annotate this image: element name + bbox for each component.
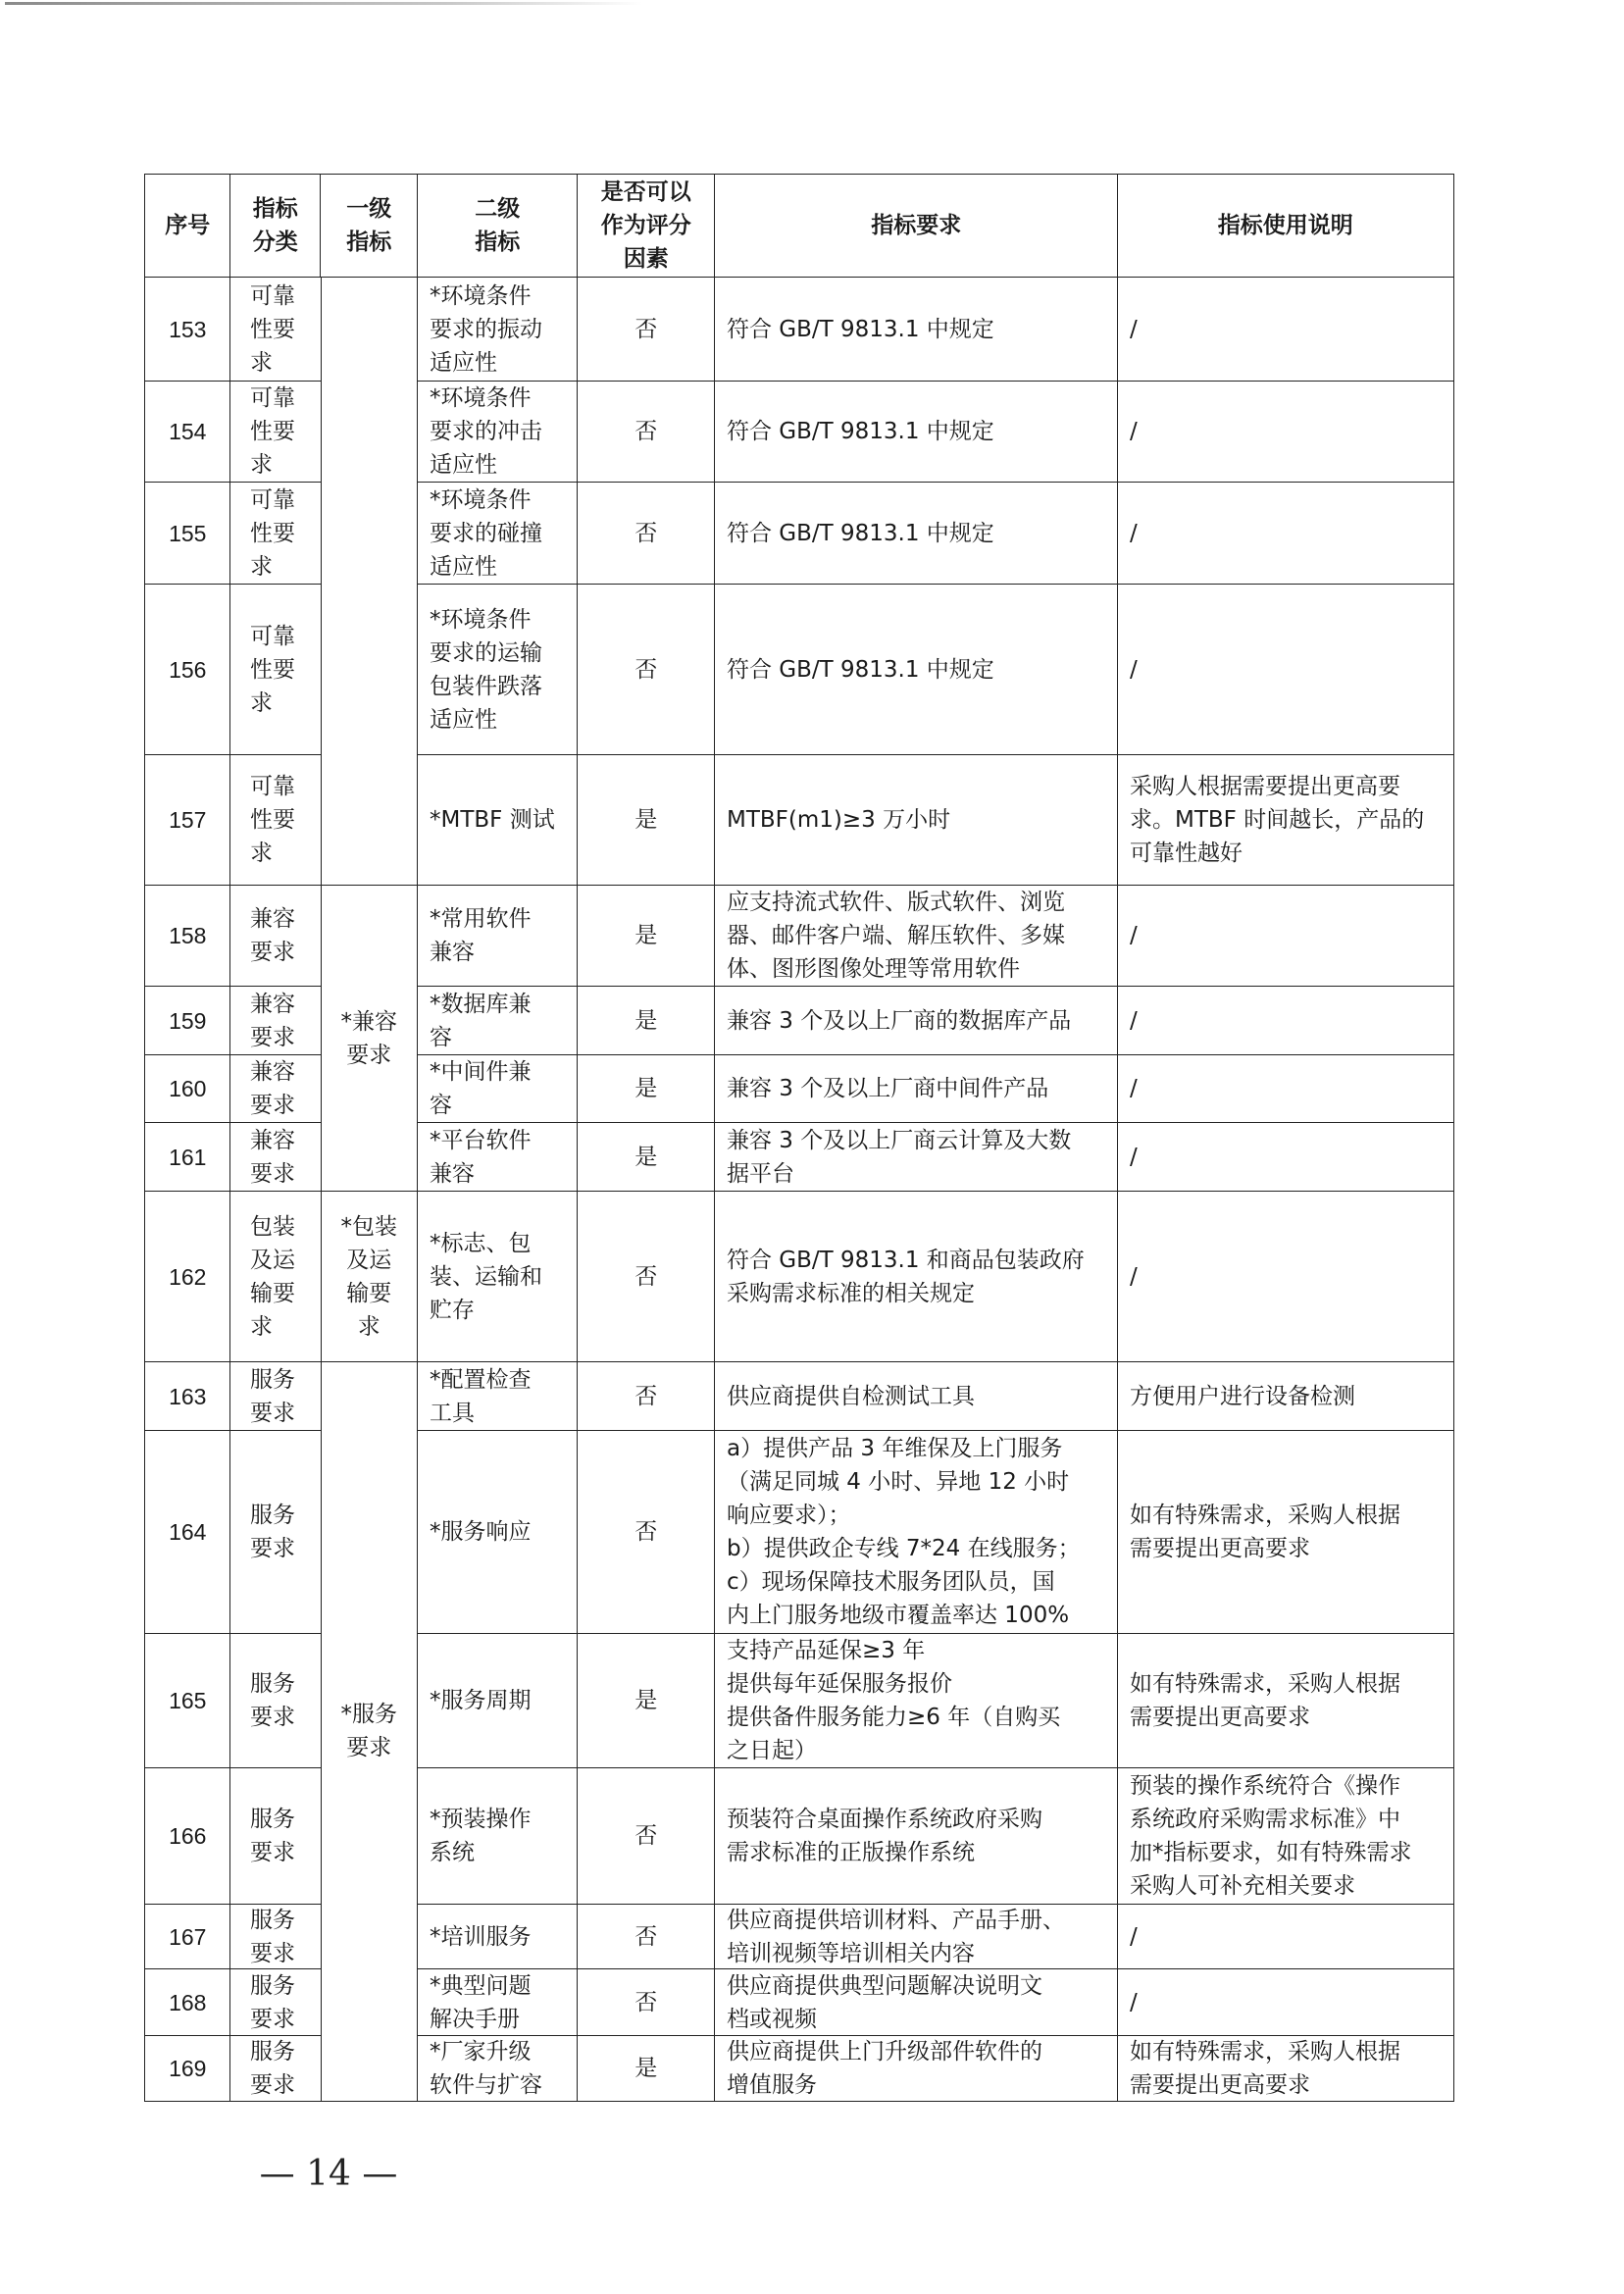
row-seq: 155: [144, 482, 231, 586]
row-level2: *中间件兼 容: [417, 1054, 579, 1124]
row-level2: *环境条件 要求的运输 包装件跌落 适应性: [417, 584, 579, 756]
row-requirement: 符合 GB/T 9813.1 中规定: [714, 277, 1119, 382]
row-level2: *厂家升级 软件与扩容: [417, 2035, 579, 2102]
row-requirement-text: 符合 GB/T 9813.1 中规定: [727, 415, 994, 448]
row-requirement: 供应商提供培训材料、产品手册、 培训视频等培训相关内容: [714, 1904, 1119, 1970]
row-requirement: 兼容 3 个及以上厂商中间件产品: [714, 1054, 1119, 1124]
row-category: 服务 要求: [229, 1904, 322, 1970]
row-scoring-text: 否: [634, 1819, 657, 1853]
row-requirement: MTBF(m1)≥3 万小时: [714, 754, 1119, 887]
row-requirement: a）提供产品 3 年维保及上门服务 （满足同城 4 小时、异地 12 小时 响应…: [714, 1430, 1119, 1635]
row-seq-text: 157: [169, 803, 206, 837]
row-seq: 160: [144, 1054, 231, 1124]
row-seq: 162: [144, 1191, 231, 1363]
row-scoring: 否: [577, 1904, 716, 1970]
row-level2: *典型问题 解决手册: [417, 1968, 579, 2037]
row-category: 服务 要求: [229, 1430, 322, 1635]
row-seq-text: 162: [169, 1260, 206, 1294]
row-level2: *配置检查 工具: [417, 1361, 579, 1432]
row-category: 服务 要求: [229, 2035, 322, 2102]
row-requirement-text: 符合 GB/T 9813.1 中规定: [727, 517, 994, 550]
header-level2-text: 二级 指标: [475, 192, 520, 259]
row-category: 可靠 性要 求: [229, 381, 322, 484]
row-usage: /: [1117, 1122, 1454, 1193]
row-seq-text: 169: [169, 2052, 206, 2085]
header-level1: 一级 指标: [320, 174, 419, 279]
row-scoring-text: 是: [634, 1072, 657, 1105]
row-usage-text: /: [1130, 1986, 1138, 2019]
row-seq-text: 166: [169, 1819, 206, 1853]
row-category-text: 兼容 要求: [250, 902, 295, 969]
row-category-text: 可靠 性要 求: [250, 280, 295, 380]
row-scoring-text: 否: [634, 1380, 657, 1413]
row-seq-text: 160: [169, 1072, 206, 1105]
row-seq-text: 154: [169, 415, 206, 448]
row-usage: 如有特殊需求，采购人根据 需要提出更高要求: [1117, 1430, 1454, 1635]
row-requirement-text: 兼容 3 个及以上厂商中间件产品: [727, 1072, 1048, 1105]
row-usage: 方便用户进行设备检测: [1117, 1361, 1454, 1432]
row-scoring: 否: [577, 482, 716, 586]
row-requirement-text: 供应商提供自检测试工具: [727, 1380, 975, 1413]
row-requirement: 供应商提供上门升级部件软件的 增值服务: [714, 2035, 1119, 2102]
row-category: 服务 要求: [229, 1767, 322, 1906]
row-usage-text: 采购人根据需要提出更高要 求。MTBF 时间越长，产品的 可靠性越好: [1130, 770, 1424, 870]
row-category-text: 服务 要求: [250, 2035, 295, 2102]
row-seq-text: 165: [169, 1684, 206, 1717]
row-category-text: 服务 要求: [250, 1667, 295, 1734]
row-seq: 158: [144, 885, 231, 988]
row-category: 兼容 要求: [229, 1054, 322, 1124]
row-seq: 165: [144, 1633, 231, 1769]
row-level2-text: *预装操作 系统: [430, 1803, 532, 1869]
row-category-text: 兼容 要求: [250, 1124, 295, 1191]
row-level2-text: *厂家升级 软件与扩容: [430, 2035, 542, 2102]
header-usage-text: 指标使用说明: [1218, 209, 1353, 242]
row-seq: 164: [144, 1430, 231, 1635]
header-seq-text: 序号: [165, 209, 210, 242]
row-scoring: 否: [577, 1968, 716, 2037]
row-usage-text: 如有特殊需求，采购人根据 需要提出更高要求: [1130, 1667, 1400, 1734]
level1-cell: [320, 277, 419, 887]
row-seq: 157: [144, 754, 231, 887]
row-requirement-text: a）提供产品 3 年维保及上门服务 （满足同城 4 小时、异地 12 小时 响应…: [727, 1432, 1081, 1632]
row-scoring: 否: [577, 1361, 716, 1432]
row-level2-text: *典型问题 解决手册: [430, 1969, 532, 2036]
row-level2: *服务周期: [417, 1633, 579, 1769]
row-scoring-text: 是: [634, 1141, 657, 1174]
row-scoring-text: 否: [634, 313, 657, 346]
row-level2: *环境条件 要求的振动 适应性: [417, 277, 579, 382]
row-level2-text: *配置检查 工具: [430, 1363, 532, 1430]
row-scoring-text: 否: [634, 415, 657, 448]
row-level2: *环境条件 要求的碰撞 适应性: [417, 482, 579, 586]
row-requirement-text: 供应商提供上门升级部件软件的 增值服务: [727, 2035, 1042, 2102]
row-seq-text: 164: [169, 1515, 206, 1549]
row-level2-text: *平台软件 兼容: [430, 1124, 532, 1191]
row-scoring-text: 是: [634, 919, 657, 952]
level1-cell: *服务 要求: [320, 1361, 419, 2102]
row-scoring: 是: [577, 2035, 716, 2102]
row-usage-text: /: [1130, 1920, 1138, 1954]
header-usage: 指标使用说明: [1117, 174, 1454, 279]
row-usage: /: [1117, 381, 1454, 484]
row-seq: 159: [144, 986, 231, 1056]
row-usage: /: [1117, 482, 1454, 586]
row-level2: *数据库兼 容: [417, 986, 579, 1056]
row-requirement-text: 符合 GB/T 9813.1 和商品包装政府 采购需求标准的相关规定: [727, 1244, 1085, 1310]
row-category: 可靠 性要 求: [229, 482, 322, 586]
row-requirement-text: 兼容 3 个及以上厂商的数据库产品: [727, 1004, 1071, 1038]
row-category-text: 可靠 性要 求: [250, 382, 295, 482]
row-category: 可靠 性要 求: [229, 754, 322, 887]
row-usage: /: [1117, 1968, 1454, 2037]
row-usage: 采购人根据需要提出更高要 求。MTBF 时间越长，产品的 可靠性越好: [1117, 754, 1454, 887]
row-usage-text: 方便用户进行设备检测: [1130, 1380, 1355, 1413]
row-scoring-text: 否: [634, 1920, 657, 1954]
row-usage-text: /: [1130, 415, 1138, 448]
row-scoring: 是: [577, 1633, 716, 1769]
header-level1-text: 一级 指标: [346, 192, 391, 259]
row-level2-text: *服务响应: [430, 1515, 532, 1549]
row-category-text: 兼容 要求: [250, 1055, 295, 1122]
row-requirement: 供应商提供典型问题解决说明文 档或视频: [714, 1968, 1119, 2037]
row-category-text: 服务 要求: [250, 1363, 295, 1430]
row-seq: 154: [144, 381, 231, 484]
row-level2-text: *常用软件 兼容: [430, 902, 532, 969]
header-category-text: 指标 分类: [253, 192, 298, 259]
row-level2-text: *环境条件 要求的碰撞 适应性: [430, 484, 542, 584]
row-requirement: 预装符合桌面操作系统政府采购 需求标准的正版操作系统: [714, 1767, 1119, 1906]
row-category: 兼容 要求: [229, 986, 322, 1056]
row-requirement-text: 预装符合桌面操作系统政府采购 需求标准的正版操作系统: [727, 1803, 1042, 1869]
row-level2-text: *培训服务: [430, 1920, 532, 1954]
level1-cell-text: *包装 及运 输要 求: [341, 1210, 398, 1344]
header-scoring-text: 是否可以 作为评分 因素: [601, 176, 691, 276]
row-category-text: 服务 要求: [250, 1499, 295, 1565]
row-seq-text: 159: [169, 1004, 206, 1038]
row-usage: /: [1117, 1054, 1454, 1124]
row-seq-text: 155: [169, 517, 206, 550]
row-category-text: 可靠 性要 求: [250, 770, 295, 870]
row-usage: /: [1117, 277, 1454, 382]
row-level2-text: *标志、包 装、运输和 贮存: [430, 1227, 542, 1327]
row-usage-text: /: [1130, 653, 1138, 687]
row-category: 兼容 要求: [229, 885, 322, 988]
row-seq: 161: [144, 1122, 231, 1193]
row-scoring: 否: [577, 584, 716, 756]
header-category: 指标 分类: [229, 174, 322, 279]
level1-cell: *兼容 要求: [320, 885, 419, 1193]
row-scoring: 否: [577, 1430, 716, 1635]
header-requirement-text: 指标要求: [871, 209, 961, 242]
row-category: 服务 要求: [229, 1968, 322, 2037]
level1-cell: *包装 及运 输要 求: [320, 1191, 419, 1363]
row-usage: 如有特殊需求，采购人根据 需要提出更高要求: [1117, 2035, 1454, 2102]
row-scoring-text: 否: [634, 1986, 657, 2019]
row-scoring: 否: [577, 1767, 716, 1906]
row-scoring: 是: [577, 885, 716, 988]
row-requirement: 符合 GB/T 9813.1 中规定: [714, 584, 1119, 756]
row-scoring-text: 是: [634, 1684, 657, 1717]
row-usage: /: [1117, 584, 1454, 756]
scan-artifact-line: [5, 2, 642, 5]
row-usage-text: /: [1130, 919, 1138, 952]
row-level2: *预装操作 系统: [417, 1767, 579, 1906]
level1-cell-text: *兼容 要求: [341, 1005, 398, 1072]
row-usage-text: /: [1130, 313, 1138, 346]
row-category-text: 兼容 要求: [250, 988, 295, 1054]
row-seq-text: 158: [169, 919, 206, 952]
row-scoring: 是: [577, 1122, 716, 1193]
row-level2: *环境条件 要求的冲击 适应性: [417, 381, 579, 484]
row-level2-text: *服务周期: [430, 1684, 532, 1717]
header-seq: 序号: [144, 174, 231, 279]
row-requirement-text: 兼容 3 个及以上厂商云计算及大数 据平台: [727, 1124, 1071, 1191]
row-scoring-text: 否: [634, 653, 657, 687]
row-level2: *常用软件 兼容: [417, 885, 579, 988]
row-seq-text: 163: [169, 1380, 206, 1413]
row-seq-text: 167: [169, 1920, 206, 1954]
row-requirement-text: 支持产品延保≥3 年 提供每年延保服务报价 提供备件服务能力≥6 年（自购买 之…: [727, 1634, 1060, 1767]
header-requirement: 指标要求: [714, 174, 1119, 279]
row-requirement: 支持产品延保≥3 年 提供每年延保服务报价 提供备件服务能力≥6 年（自购买 之…: [714, 1633, 1119, 1769]
row-usage-text: 预装的操作系统符合《操作 系统政府采购需求标准》中 加*指标要求，如有特殊需求 …: [1130, 1769, 1412, 1903]
row-scoring-text: 是: [634, 803, 657, 837]
row-category-text: 包装 及运 输要 求: [250, 1210, 295, 1344]
row-usage-text: /: [1130, 1072, 1138, 1105]
row-seq: 166: [144, 1767, 231, 1906]
row-scoring: 否: [577, 1191, 716, 1363]
row-level2: *服务响应: [417, 1430, 579, 1635]
row-scoring: 否: [577, 277, 716, 382]
row-scoring-text: 是: [634, 2052, 657, 2085]
row-usage-text: /: [1130, 1004, 1138, 1038]
row-usage-text: 如有特殊需求，采购人根据 需要提出更高要求: [1130, 2035, 1400, 2102]
row-scoring-text: 否: [634, 517, 657, 550]
row-requirement-text: 供应商提供典型问题解决说明文 档或视频: [727, 1969, 1042, 2036]
row-category: 服务 要求: [229, 1361, 322, 1432]
row-level2-text: *中间件兼 容: [430, 1055, 532, 1122]
row-usage: 预装的操作系统符合《操作 系统政府采购需求标准》中 加*指标要求，如有特殊需求 …: [1117, 1767, 1454, 1906]
row-category-text: 可靠 性要 求: [250, 620, 295, 720]
row-requirement: 兼容 3 个及以上厂商云计算及大数 据平台: [714, 1122, 1119, 1193]
row-level2-text: *环境条件 要求的运输 包装件跌落 适应性: [430, 603, 542, 737]
level1-cell-text: *服务 要求: [341, 1698, 398, 1764]
row-seq: 169: [144, 2035, 231, 2102]
row-category: 可靠 性要 求: [229, 584, 322, 756]
row-category-text: 可靠 性要 求: [250, 484, 295, 584]
row-seq: 163: [144, 1361, 231, 1432]
row-seq-text: 153: [169, 313, 206, 346]
row-seq: 156: [144, 584, 231, 756]
row-scoring: 是: [577, 986, 716, 1056]
row-scoring-text: 是: [634, 1004, 657, 1038]
row-usage: /: [1117, 986, 1454, 1056]
row-requirement: 符合 GB/T 9813.1 中规定: [714, 482, 1119, 586]
row-category: 包装 及运 输要 求: [229, 1191, 322, 1363]
row-seq-text: 161: [169, 1141, 206, 1174]
row-requirement-text: MTBF(m1)≥3 万小时: [727, 803, 950, 837]
header-level2: 二级 指标: [417, 174, 579, 279]
row-requirement: 供应商提供自检测试工具: [714, 1361, 1119, 1432]
row-seq: 167: [144, 1904, 231, 1970]
row-category: 可靠 性要 求: [229, 277, 322, 382]
row-seq: 153: [144, 277, 231, 382]
row-level2: *平台软件 兼容: [417, 1122, 579, 1193]
row-category-text: 服务 要求: [250, 1904, 295, 1970]
row-level2-text: *数据库兼 容: [430, 988, 532, 1054]
row-requirement-text: 应支持流式软件、版式软件、浏览 器、邮件客户端、解压软件、多媒 体、图形图像处理…: [727, 886, 1065, 986]
row-requirement: 应支持流式软件、版式软件、浏览 器、邮件客户端、解压软件、多媒 体、图形图像处理…: [714, 885, 1119, 988]
row-requirement: 兼容 3 个及以上厂商的数据库产品: [714, 986, 1119, 1056]
row-requirement-text: 符合 GB/T 9813.1 中规定: [727, 313, 994, 346]
row-category-text: 服务 要求: [250, 1969, 295, 2036]
row-category-text: 服务 要求: [250, 1803, 295, 1869]
row-usage: 如有特殊需求，采购人根据 需要提出更高要求: [1117, 1633, 1454, 1769]
row-usage-text: /: [1130, 1260, 1138, 1294]
row-usage: /: [1117, 1191, 1454, 1363]
row-level2-text: *环境条件 要求的冲击 适应性: [430, 382, 542, 482]
row-scoring-text: 否: [634, 1515, 657, 1549]
row-scoring: 是: [577, 1054, 716, 1124]
row-seq-text: 168: [169, 1986, 206, 2019]
row-requirement-text: 符合 GB/T 9813.1 中规定: [727, 653, 994, 687]
row-usage: /: [1117, 885, 1454, 988]
row-scoring: 是: [577, 754, 716, 887]
row-level2-text: *环境条件 要求的振动 适应性: [430, 280, 542, 380]
row-level2: *标志、包 装、运输和 贮存: [417, 1191, 579, 1363]
row-usage-text: 如有特殊需求，采购人根据 需要提出更高要求: [1130, 1499, 1400, 1565]
row-requirement-text: 供应商提供培训材料、产品手册、 培训视频等培训相关内容: [727, 1904, 1065, 1970]
row-category: 服务 要求: [229, 1633, 322, 1769]
row-level2: *MTBF 测试: [417, 754, 579, 887]
row-scoring: 否: [577, 381, 716, 484]
page-number: — 14 —: [250, 2154, 407, 2194]
row-level2: *培训服务: [417, 1904, 579, 1970]
row-requirement: 符合 GB/T 9813.1 中规定: [714, 381, 1119, 484]
row-usage-text: /: [1130, 517, 1138, 550]
row-requirement: 符合 GB/T 9813.1 和商品包装政府 采购需求标准的相关规定: [714, 1191, 1119, 1363]
row-level2-text: *MTBF 测试: [430, 803, 555, 837]
row-usage: /: [1117, 1904, 1454, 1970]
row-scoring-text: 否: [634, 1260, 657, 1294]
header-scoring: 是否可以 作为评分 因素: [577, 174, 716, 279]
row-seq-text: 156: [169, 653, 206, 687]
row-usage-text: /: [1130, 1141, 1138, 1174]
row-category: 兼容 要求: [229, 1122, 322, 1193]
row-seq: 168: [144, 1968, 231, 2037]
